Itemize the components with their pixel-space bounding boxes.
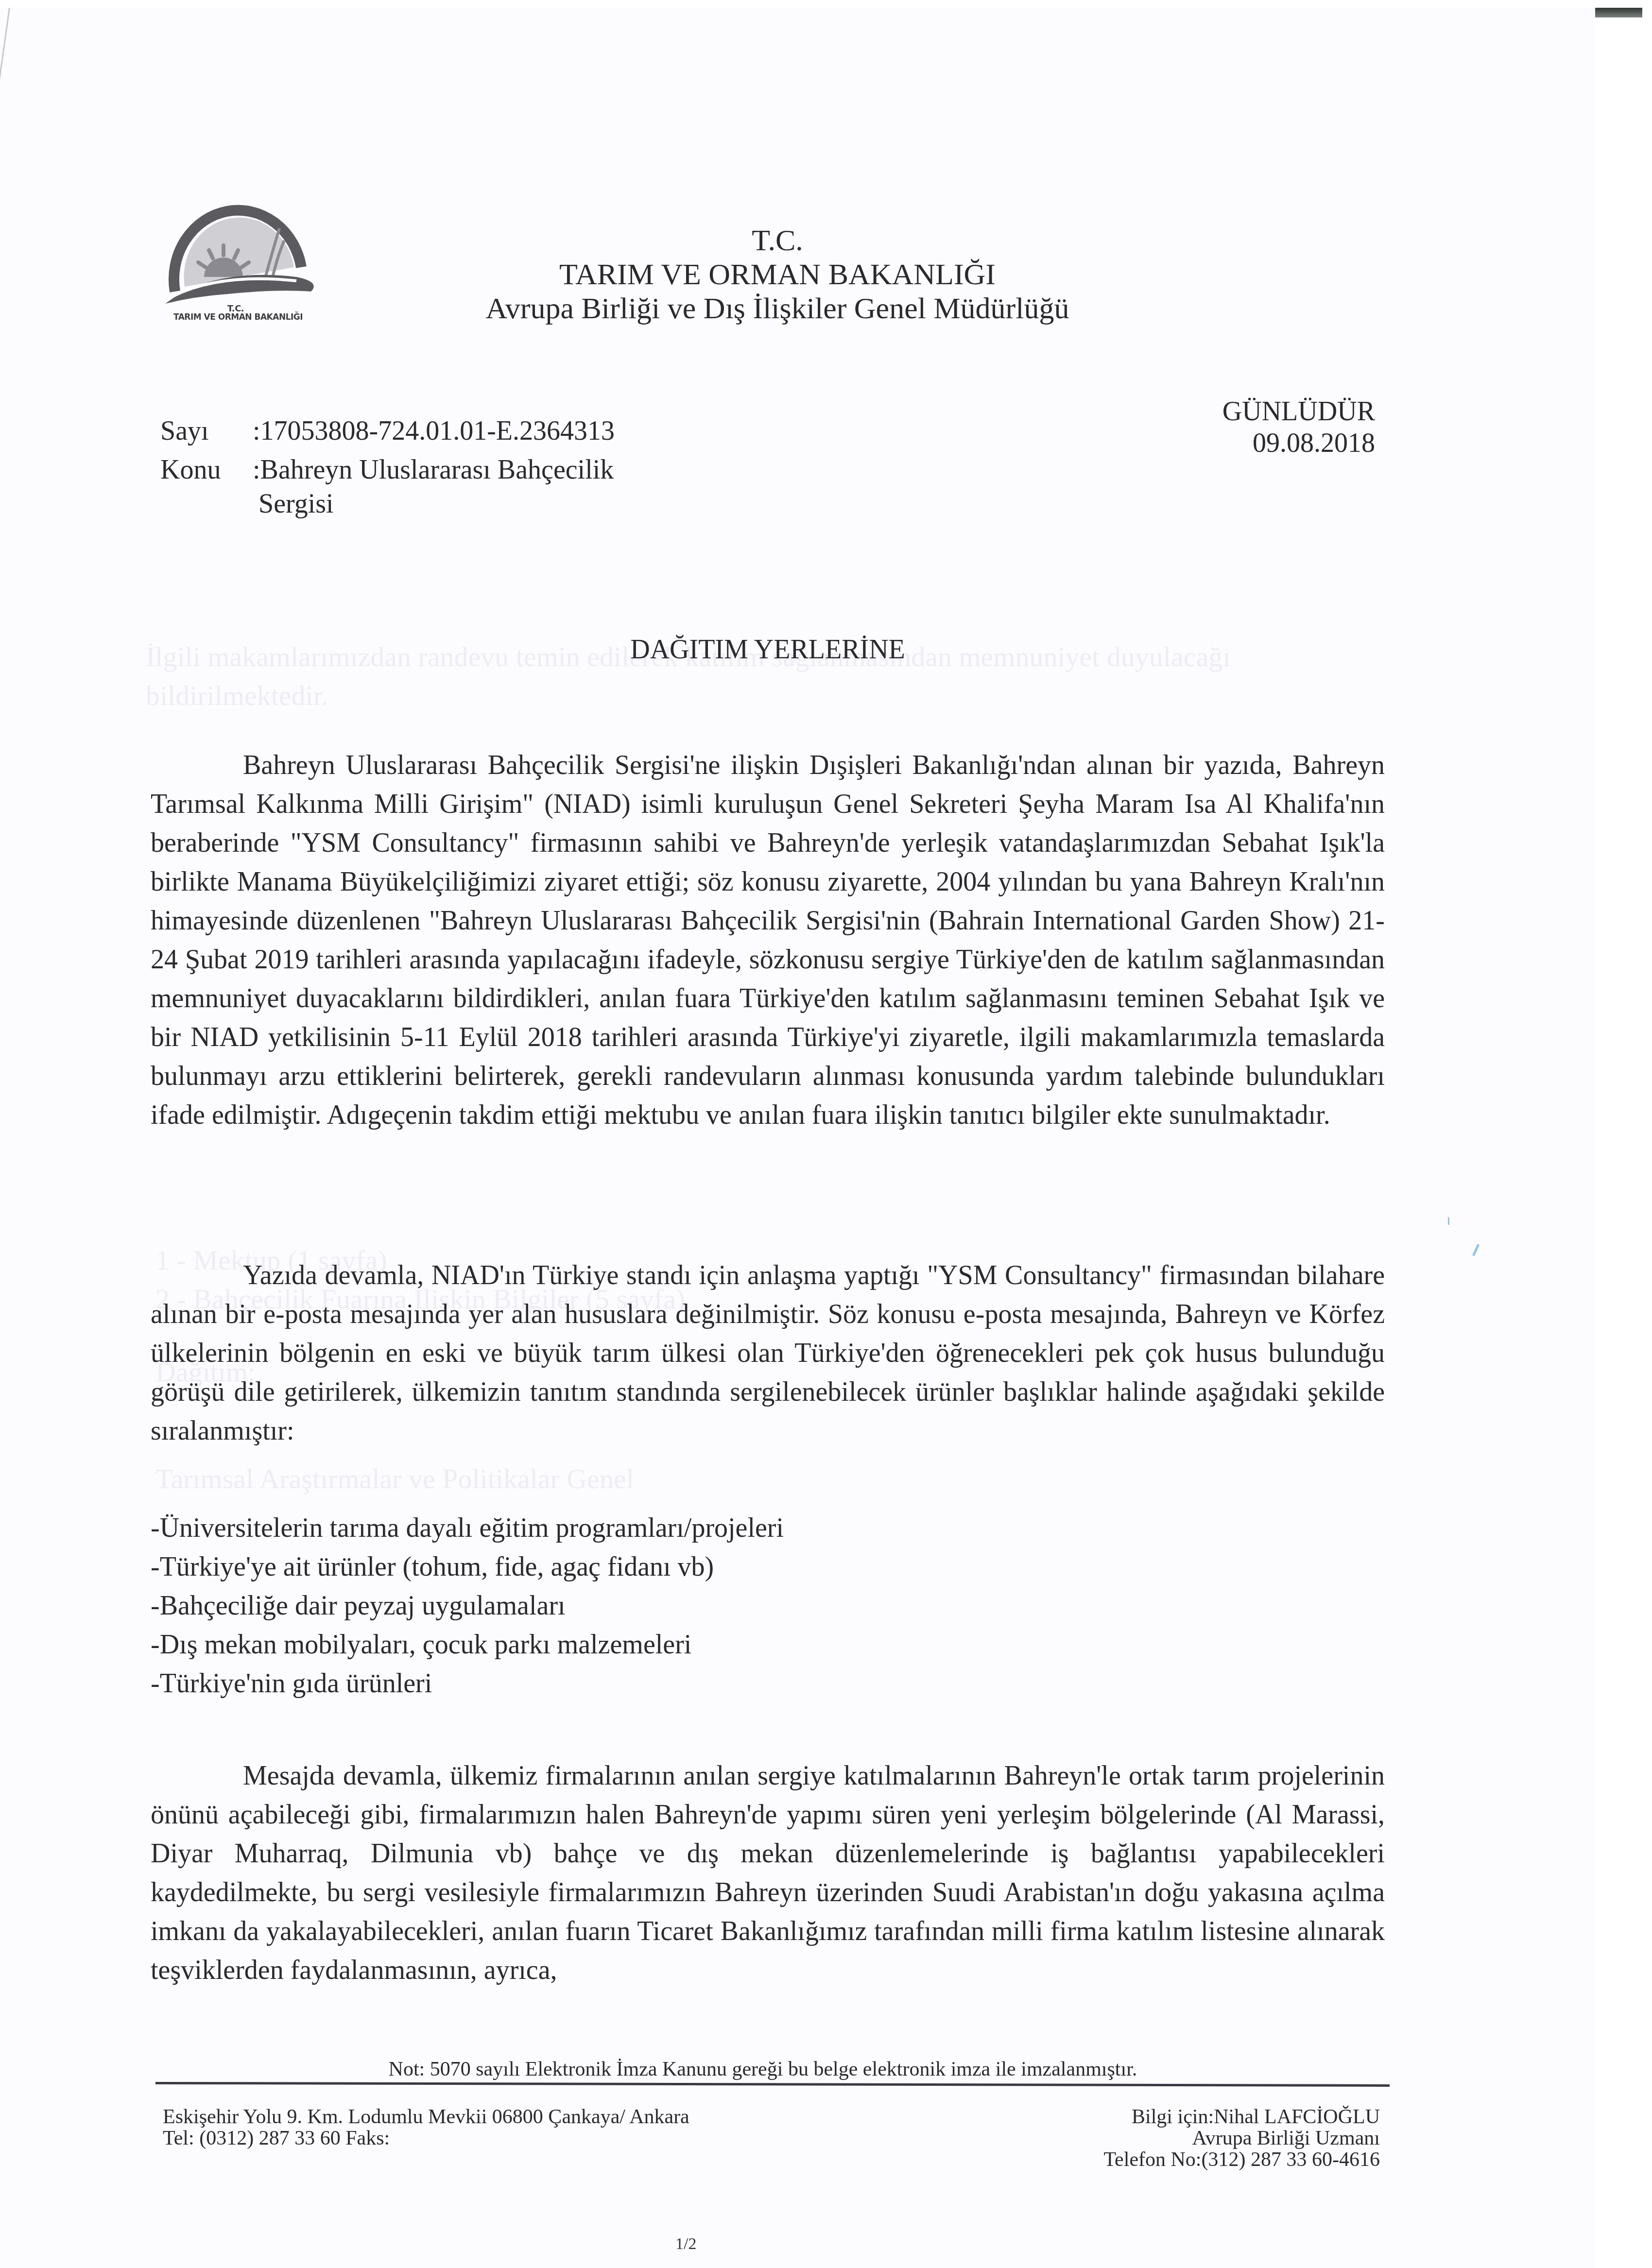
list-item: -Bahçeciliğe dair peyzaj uygulamaları [151,1586,1122,1625]
contact-title: Avrupa Birliği Uzmanı [1103,2128,1380,2149]
address-block: Eskişehir Yolu 9. Km. Lodumlu Mevkii 068… [163,2106,689,2149]
header-tc: T.C. [389,223,1166,258]
scan-speck [1448,1217,1449,1225]
list-item: -Dış mekan mobilyaları, çocuk parkı malz… [151,1625,1122,1664]
logo-caption-ministry: TARIM VE ORMAN BAKANLIĞI [155,312,321,322]
list-item: -Türkiye'ye ait ürünler (tohum, fide, ag… [151,1547,1122,1586]
list-item: -Türkiye'nin gıda ürünleri [151,1664,1122,1703]
bleed-through-text: bildirilmektedir. [146,679,328,712]
contact-phone: Telefon No:(312) 287 33 60-4616 [1103,2149,1380,2170]
konu-value: :Bahreyn Uluslararası Bahçecilik [253,454,614,485]
recipients-heading: DAĞITIM YERLERİNE [146,634,1390,665]
letterhead: T.C. TARIM VE ORMAN BAKANLIĞI Avrupa Bir… [389,223,1166,326]
sayi-value: :17053808-724.01.01-E.2364313 [253,415,615,447]
contact-block: Bilgi için:Nihal LAFCİOĞLU Avrupa Birliğ… [1103,2106,1380,2170]
header-directorate: Avrupa Birliği ve Dış İlişkiler Genel Mü… [389,292,1166,326]
exhibit-items-list: -Üniversitelerin tarıma dayalı eğitim pr… [151,1509,1122,1703]
page-number: 1/2 [675,2235,696,2253]
e-signature-note: Not: 5070 sayılı Elektronik İmza Kanunu … [146,2058,1380,2081]
sayi-label: Sayı [160,415,209,447]
bleed-through-text: Tarımsal Araştırmalar ve Politikalar Gen… [155,1462,634,1495]
paragraph-2: Yazıda devamla, NIAD'ın Türkiye standı i… [151,1256,1385,1450]
header-ministry: TARIM VE ORMAN BAKANLIĞI [389,258,1166,292]
konu-value-cont: Sergisi [258,488,334,519]
konu-label: Konu [160,454,221,485]
scanner-edge-right [1594,8,1642,17]
sun-wheat-emblem-icon [155,194,321,306]
list-item: -Üniversitelerin tarıma dayalı eğitim pr… [151,1509,1122,1547]
paragraph-3: Mesajda devamla, ülkemiz firmalarının an… [151,1756,1385,1990]
phone-line: Tel: (0312) 287 33 60 Faks: [163,2128,689,2149]
document-date: 09.08.2018 [1253,428,1375,459]
paragraph-1: Bahreyn Uluslararası Bahçecilik Sergisi'… [151,746,1385,1134]
address-line: Eskişehir Yolu 9. Km. Lodumlu Mevkii 068… [163,2106,689,2128]
ministry-logo: T.C. TARIM VE ORMAN BAKANLIĞI [155,194,345,321]
contact-person: Bilgi için:Nihal LAFCİOĞLU [1103,2106,1380,2128]
priority-label: GÜNLÜDÜR [1222,396,1375,427]
